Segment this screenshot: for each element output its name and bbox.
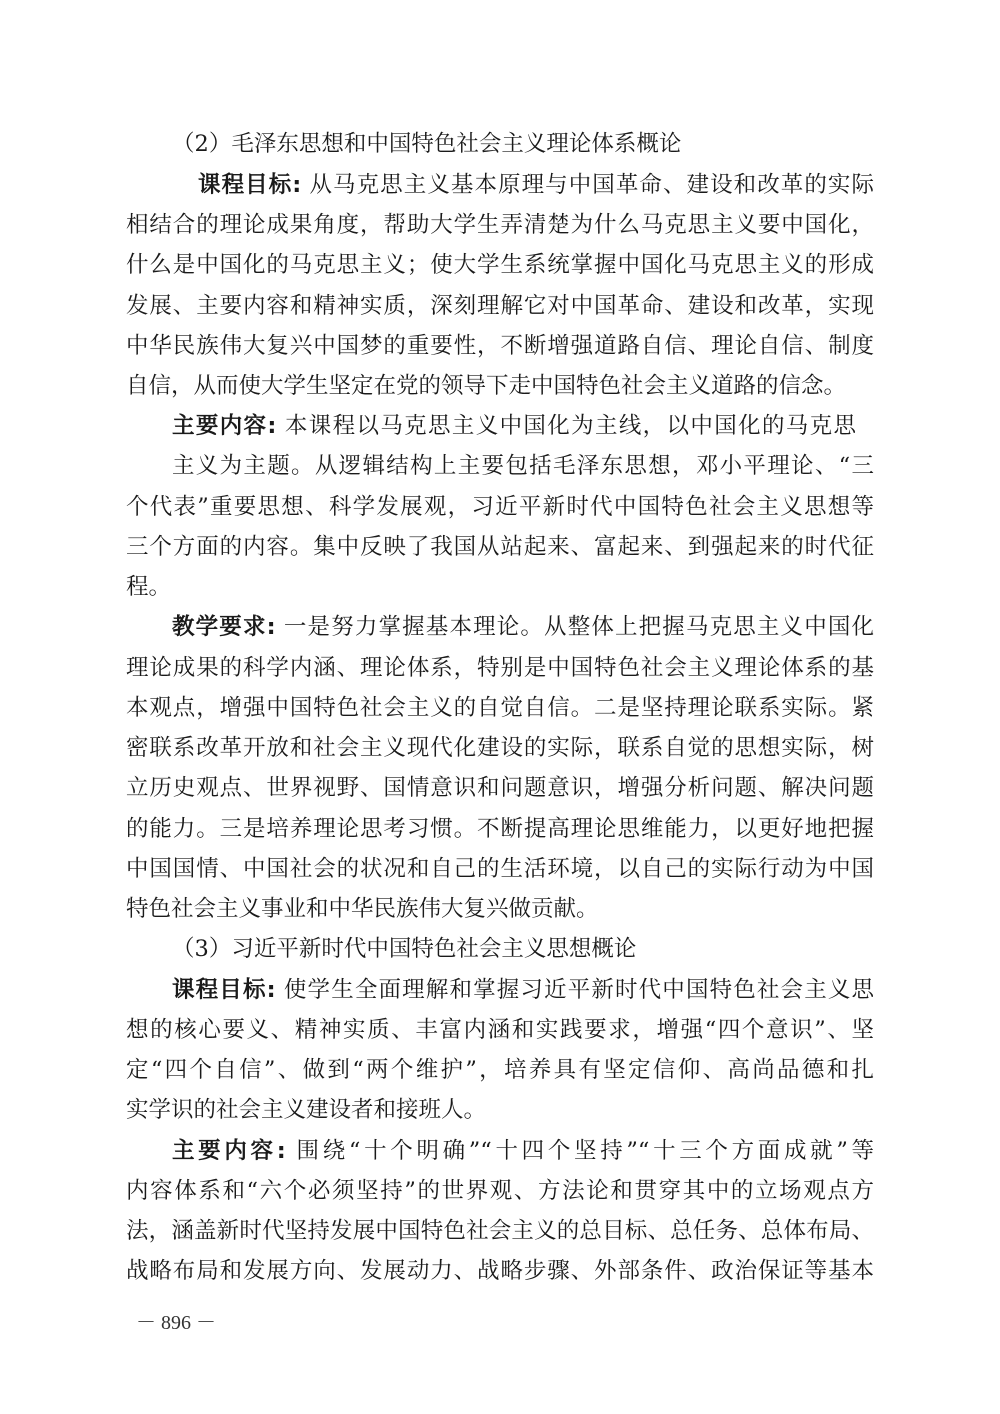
- paragraph-line: 程。: [126, 567, 874, 607]
- section-heading-3: （3）习近平新时代中国特色社会主义思想概论: [172, 929, 920, 969]
- paragraph-first-line: 主要内容: 本课程以马克思主义中国化为主线，以中国化的马克思: [172, 406, 856, 446]
- paragraph-line: 发展、主要内容和精神实质，深刻理解它对中国革命、建设和改革，实现: [126, 286, 874, 326]
- paragraph-line: 主义为主题。从逻辑结构上主要包括毛泽东思想，邓小平理论、“三: [172, 446, 874, 486]
- paragraph-text: 使学生全面理解和掌握习近平新时代中国特色社会主义思: [276, 977, 874, 1003]
- paragraph-text: 本课程以马克思主义中国化为主线，以中国化的马克思: [276, 413, 856, 439]
- paragraph-text: 从马克思主义基本原理与中国革命、建设和改革的实际: [301, 172, 874, 198]
- paragraph-text: 一是努力掌握基本理论。从整体上把握马克思主义中国化: [276, 614, 874, 640]
- paragraph-label: 主要内容:: [172, 413, 276, 439]
- page-number: － 896 －: [136, 1306, 216, 1335]
- paragraph-line: 实学识的社会主义建设者和接班人。: [126, 1090, 874, 1130]
- paragraph-line: 立历史观点、世界视野、国情意识和问题意识，增强分析问题、解决问题: [126, 768, 874, 808]
- paragraph-label: 教学要求:: [172, 614, 276, 640]
- paragraph-first-line: 主要内容: 围绕“十个明确”“十四个坚持”“十三个方面成就”等: [172, 1131, 874, 1171]
- paragraph-label: 课程目标:: [198, 172, 301, 198]
- paragraph-line: 的能力。三是培养理论思考习惯。不断提高理论思维能力，以更好地把握: [126, 809, 874, 849]
- paragraph-first-line: 课程目标: 使学生全面理解和掌握习近平新时代中国特色社会主义思: [172, 970, 874, 1010]
- paragraph-line: 法，涵盖新时代坚持发展中国特色社会主义的总目标、总任务、总体布局、: [126, 1211, 874, 1251]
- document-page: （2）毛泽东思想和中国特色社会主义理论体系概论 课程目标: 从马克思主义基本原理…: [0, 0, 1000, 1414]
- paragraph-line: 中华民族伟大复兴中国梦的重要性，不断增强道路自信、理论自信、制度: [126, 326, 874, 366]
- paragraph-line: 特色社会主义事业和中华民族伟大复兴做贡献。: [126, 889, 874, 929]
- paragraph-line: 什么是中国化的马克思主义；使大学生系统掌握中国化马克思主义的形成: [126, 245, 874, 285]
- paragraph-label: 课程目标:: [172, 977, 276, 1003]
- paragraph-line: 定“四个自信”、做到“两个维护”，培养具有坚定信仰、高尚品德和扎: [126, 1050, 874, 1090]
- paragraph-line: 战略布局和发展方向、发展动力、战略步骤、外部条件、政治保证等基本: [126, 1251, 874, 1291]
- paragraph-line: 三个方面的内容。集中反映了我国从站起来、富起来、到强起来的时代征: [126, 527, 874, 567]
- section-heading-2: （2）毛泽东思想和中国特色社会主义理论体系概论: [172, 124, 920, 164]
- paragraph-label: 主要内容:: [172, 1138, 286, 1164]
- paragraph-line: 中国国情、中国社会的状况和自己的生活环境，以自己的实际行动为中国: [126, 849, 874, 889]
- paragraph-line: 本观点，增强中国特色社会主义的自觉自信。二是坚持理论联系实际。紧: [126, 688, 874, 728]
- paragraph-first-line: 课程目标: 从马克思主义基本原理与中国革命、建设和改革的实际: [198, 165, 874, 205]
- paragraph-text: 围绕“十个明确”“十四个坚持”“十三个方面成就”等: [286, 1138, 874, 1164]
- paragraph-line: 理论成果的科学内涵、理论体系，特别是中国特色社会主义理论体系的基: [126, 648, 874, 688]
- paragraph-first-line: 教学要求: 一是努力掌握基本理论。从整体上把握马克思主义中国化: [172, 607, 874, 647]
- paragraph-line: 个代表”重要思想、科学发展观，习近平新时代中国特色社会主义思想等: [126, 487, 874, 527]
- paragraph-line: 自信，从而使大学生坚定在党的领导下走中国特色社会主义道路的信念。: [126, 366, 874, 406]
- paragraph-line: 内容体系和“六个必须坚持”的世界观、方法论和贯穿其中的立场观点方: [126, 1171, 874, 1211]
- paragraph-line: 想的核心要义、精神实质、丰富内涵和实践要求，增强“四个意识”、坚: [126, 1010, 874, 1050]
- paragraph-line: 相结合的理论成果角度，帮助大学生弄清楚为什么马克思主义要中国化，: [126, 205, 874, 245]
- paragraph-line: 密联系改革开放和社会主义现代化建设的实际，联系自觉的思想实际，树: [126, 728, 874, 768]
